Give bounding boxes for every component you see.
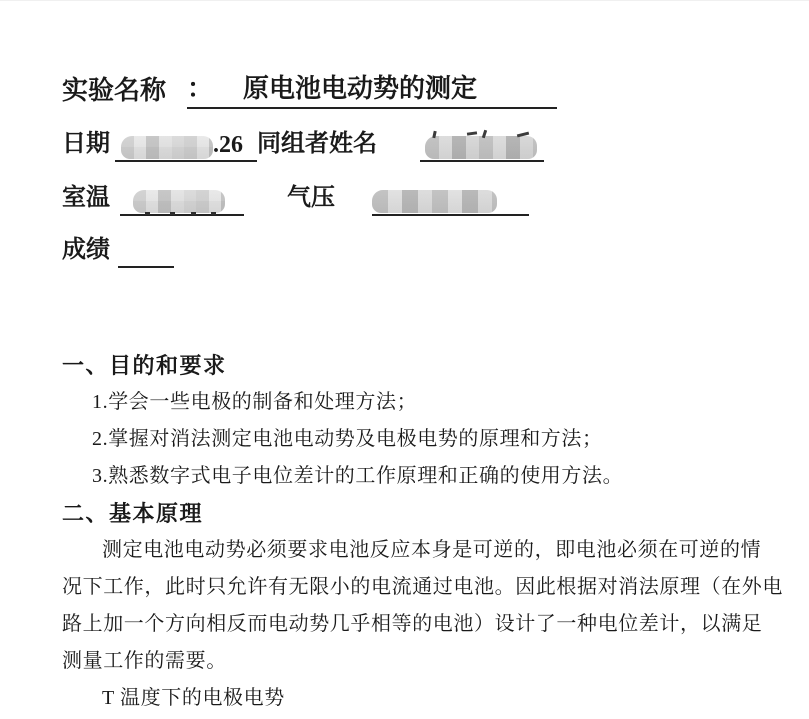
score-label: 成绩: [62, 232, 118, 268]
section-1-heading: 一、目的和要求: [62, 347, 802, 384]
pressure-label: 气压: [287, 180, 352, 216]
redaction-artifact: [517, 132, 529, 138]
electrode-potential-line: T 温度下的电极电势: [62, 680, 802, 717]
temp-pressure-line: 室温 气压: [62, 180, 529, 216]
date-field: .26: [115, 126, 257, 162]
pressure-redacted-blur: [372, 190, 497, 213]
experiment-name-colon: ：: [187, 70, 213, 107]
redaction-artifact: [211, 212, 216, 215]
date-redacted-blur: [121, 136, 213, 159]
date-label: 日期: [62, 126, 115, 162]
experiment-name-label: 实验名称: [62, 72, 187, 109]
redaction-artifact: [482, 130, 487, 139]
objective-item-2: 2.掌握对消法测定电池电动势及电极电势的原理和方法；: [62, 421, 802, 458]
partner-redacted-blur: [425, 136, 537, 159]
date-partner-line: 日期 .26 同组者姓名: [62, 126, 544, 162]
lab-report-document: 实验名称 ： 原电池电动势的测定 日期 .26 同组者姓名 室温: [0, 0, 809, 719]
pressure-field: [372, 180, 529, 216]
objective-item-1: 1.学会一些电极的制备和处理方法；: [62, 384, 802, 421]
principle-paragraph-line-2: 况下工作，此时只允许有无限小的电流通过电池。因此根据对消法原理（在外电: [62, 569, 802, 606]
redaction-artifact: [432, 131, 436, 138]
experiment-name-line: 实验名称 ： 原电池电动势的测定: [62, 72, 557, 109]
room-temp-redacted-blur: [133, 190, 225, 213]
partner-field: [420, 126, 544, 162]
score-field: [118, 232, 174, 268]
redaction-artifact: [145, 212, 150, 215]
redaction-artifact: [467, 131, 477, 135]
principle-paragraph-line-4: 测量工作的需要。: [62, 643, 802, 680]
document-body: 一、目的和要求 1.学会一些电极的制备和处理方法； 2.掌握对消法测定电池电动势…: [62, 347, 802, 717]
date-visible-value: .26: [213, 130, 243, 160]
objective-item-3: 3.熟悉数字式电子电位差计的工作原理和正确的使用方法。: [62, 458, 802, 495]
room-temp-label: 室温: [62, 180, 120, 216]
score-line: 成绩: [62, 232, 174, 268]
section-2-heading: 二、基本原理: [62, 495, 802, 532]
redaction-artifact: [191, 212, 196, 215]
experiment-name-field: ： 原电池电动势的测定: [187, 72, 557, 109]
experiment-title: 原电池电动势的测定: [243, 70, 477, 107]
principle-paragraph-line-3: 路上加一个方向相反而电动势几乎相等的电池）设计了一种电位差计，以满足: [62, 606, 802, 643]
room-temp-field: [120, 180, 244, 216]
principle-paragraph-line-1: 测定电池电动势必须要求电池反应本身是可逆的，即电池必须在可逆的情: [62, 532, 802, 569]
redaction-artifact: [170, 212, 175, 215]
partner-label: 同组者姓名: [257, 126, 375, 162]
